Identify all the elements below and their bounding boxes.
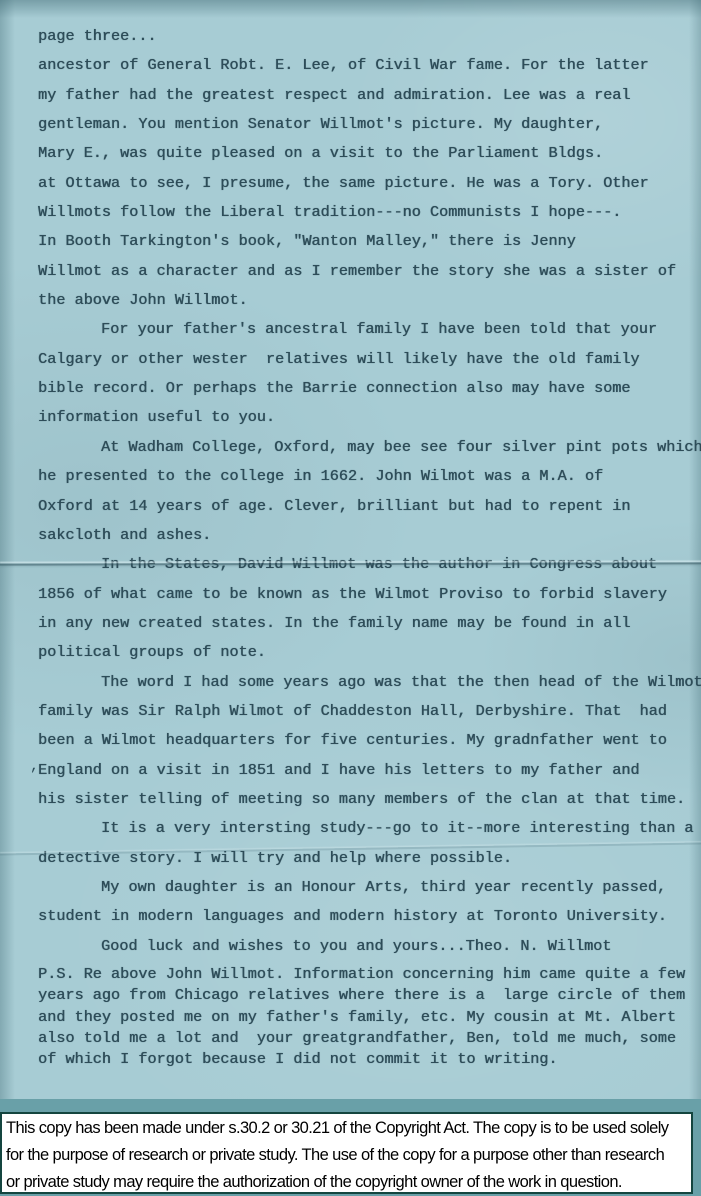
postscript-line: of which I forgot because I did not comm… (38, 1049, 701, 1070)
letter-line: Oxford at 14 years of age. Clever, brill… (38, 492, 701, 521)
letter-line: Willmot as a character and as I remember… (38, 257, 701, 286)
letter-line: student in modern languages and modern h… (38, 902, 701, 931)
letter-line: gentleman. You mention Senator Willmot's… (38, 110, 701, 139)
letter-line: ancestor of General Robt. E. Lee, of Civ… (38, 51, 701, 80)
letter-line: 1856 of what came to be known as the Wil… (38, 580, 701, 609)
letter-line: in any new created states. In the family… (38, 609, 701, 638)
copyright-notice-line: for the purpose of research or private s… (6, 1142, 691, 1169)
letter-line: Calgary or other wester relatives will l… (38, 345, 701, 374)
letter-line: For your father's ancestral family I hav… (38, 315, 701, 344)
copyright-notice-band: This copy has been made under s.30.2 or … (0, 1099, 701, 1196)
letter-line: information useful to you. (38, 403, 701, 432)
letter-line: the above John Willmot. (38, 286, 701, 315)
letter-line: Mary E., was quite pleased on a visit to… (38, 139, 701, 168)
postscript-line: years ago from Chicago relatives where t… (38, 985, 701, 1006)
letter-line: he presented to the college in 1662. Joh… (38, 462, 701, 491)
letter-paragraph-lines: ancestor of General Robt. E. Lee, of Civ… (38, 51, 701, 961)
letter-line: my father had the greatest respect and a… (38, 81, 701, 110)
letter-line: Willmots follow the Liberal tradition---… (38, 198, 701, 227)
letter-line: My own daughter is an Honour Arts, third… (38, 873, 701, 902)
copyright-notice-line: or private study may require the authori… (6, 1169, 691, 1194)
letter-line: It is a very intersting study---go to it… (38, 814, 701, 843)
letter-line: The word I had some years ago was that t… (38, 668, 701, 697)
scanned-letter-page: page three... ancestor of General Robt. … (0, 0, 701, 1196)
postscript-line: and they posted me on my father's family… (38, 1007, 701, 1028)
postscript-line: P.S. Re above John Willmot. Information … (38, 964, 701, 985)
letter-line: family was Sir Ralph Wilmot of Chaddesto… (38, 697, 701, 726)
letter-line: At Wadham College, Oxford, may bee see f… (38, 433, 701, 462)
letter-line: his sister telling of meeting so many me… (38, 785, 701, 814)
postscript-block: P.S. Re above John Willmot. Information … (38, 964, 701, 1070)
page-label: page three... (38, 22, 701, 51)
letter-line: England on a visit in 1851 and I have hi… (38, 756, 701, 785)
letter-body: page three... ancestor of General Robt. … (0, 0, 701, 1070)
copyright-notice-line: This copy has been made under s.30.2 or … (6, 1115, 691, 1142)
letter-line: sakcloth and ashes. (38, 521, 701, 550)
letter-line: at Ottawa to see, I presume, the same pi… (38, 169, 701, 198)
stray-margin-mark: , (30, 758, 39, 775)
copyright-notice: This copy has been made under s.30.2 or … (0, 1112, 693, 1194)
letter-line: bible record. Or perhaps the Barrie conn… (38, 374, 701, 403)
letter-line: In Booth Tarkington's book, "Wanton Mall… (38, 227, 701, 256)
postscript-line: also told me a lot and your greatgrandfa… (38, 1028, 701, 1049)
letter-line: Good luck and wishes to you and yours...… (38, 932, 701, 961)
letter-line: been a Wilmot headquarters for five cent… (38, 726, 701, 755)
letter-line: political groups of note. (38, 638, 701, 667)
